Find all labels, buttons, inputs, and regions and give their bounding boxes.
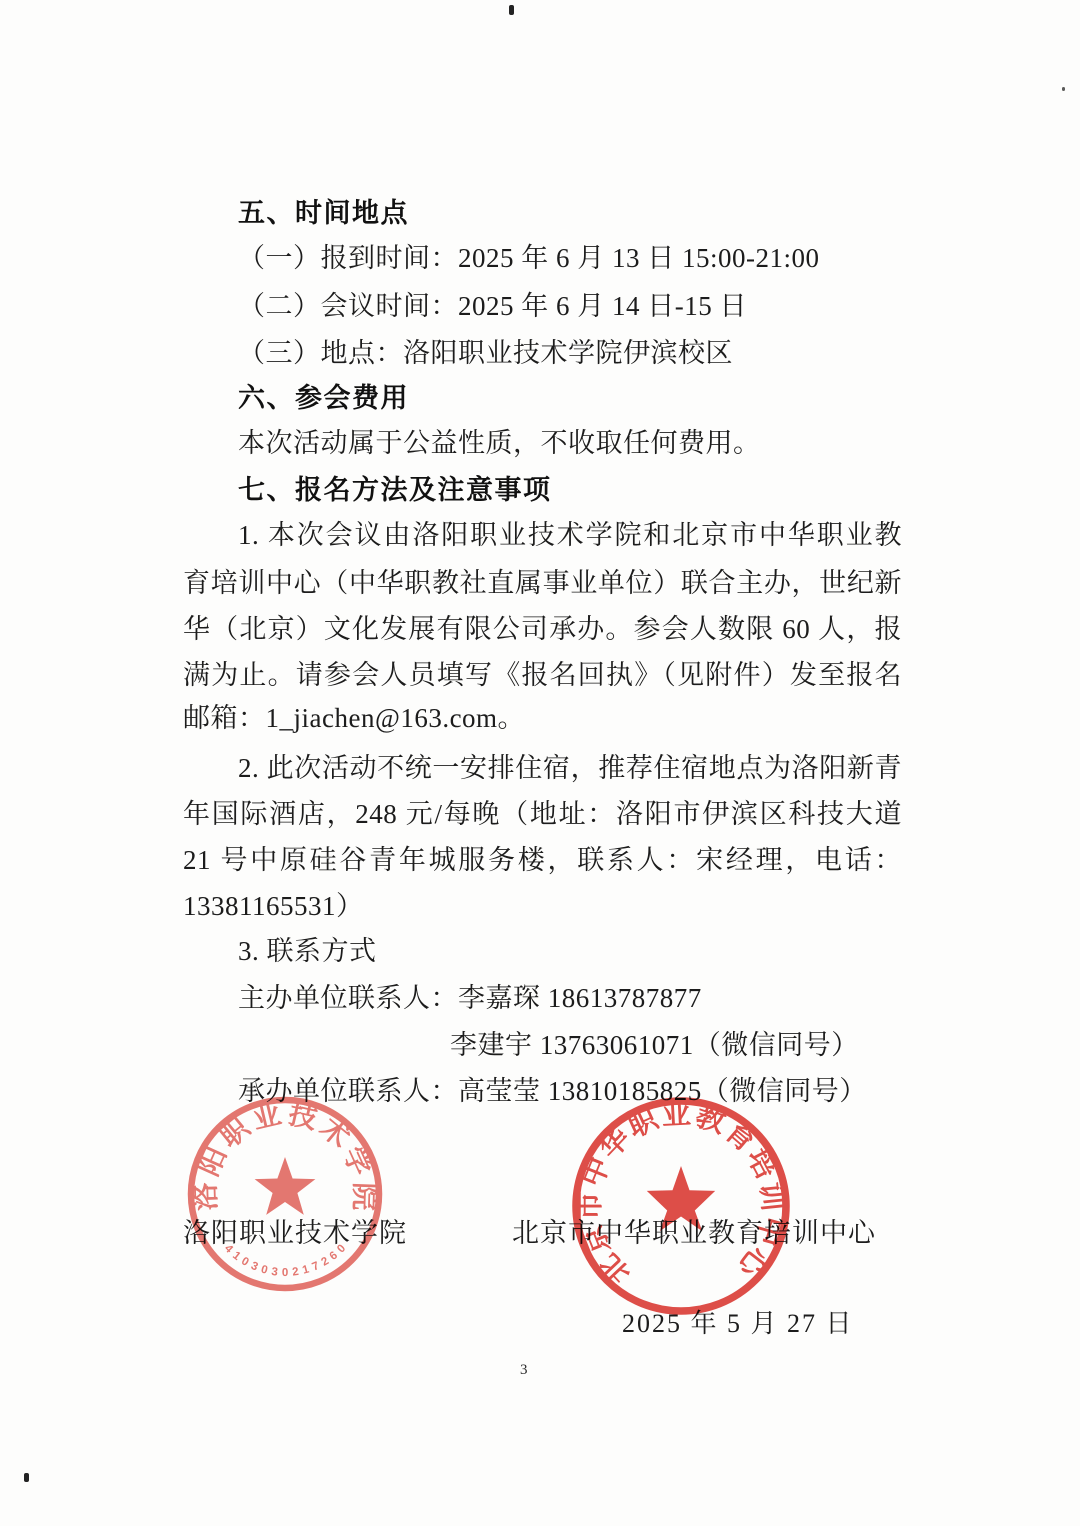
para-2-line-1: 2. 此次活动不统一安排住宿，推荐住宿地点为洛阳新青: [183, 751, 902, 785]
section-6-heading: 六、参会费用: [183, 381, 902, 415]
para-2-phone-line: 13381165531）: [183, 889, 902, 923]
para-2-line-2: 年国际酒店，248 元/每晚（地址：洛阳市伊滨区科技大道: [183, 797, 902, 831]
para-3-heading: 3. 联系方式: [183, 934, 902, 968]
organizer-contact-line: 承办单位联系人：高莹莹 13810185825（微信同号）: [183, 1074, 902, 1108]
fee-statement: 本次活动属于公益性质，不收取任何费用。: [183, 426, 902, 460]
star-icon: [255, 1157, 316, 1215]
page-number: 3: [520, 1362, 528, 1379]
item-report-time: （一）报到时间：2025 年 6 月 13 日 15:00-21:00: [183, 241, 902, 275]
scan-artifact: [24, 1473, 29, 1482]
signature-left-org: 洛阳职业技术学院: [183, 1211, 407, 1250]
para-1-line-2: 育培训中心（中华职教社直属事业单位）联合主办，世纪新: [183, 566, 902, 600]
signature-date: 2025 年 5 月 27 日: [622, 1303, 854, 1340]
scan-artifact: [1062, 87, 1065, 91]
para-2-line-3: 21 号中原硅谷青年城服务楼，联系人：宋经理，电话：: [183, 843, 902, 877]
luoyang-college-seal: 洛阳职业技术学院 4103030217260: [185, 1094, 385, 1294]
para-1-email-line: 邮箱：1_jiachen@163.com。: [183, 701, 902, 735]
section-5-heading: 五、时间地点: [183, 196, 902, 230]
seal-ring: [191, 1100, 379, 1288]
host-contact-line: 主办单位联系人：李嘉琛 18613787877: [183, 981, 902, 1015]
signature-right-org: 北京市中华职业教育培训中心: [512, 1211, 876, 1250]
seal-arc-text: 北京市中华职业教育培训中心: [573, 1097, 790, 1290]
host-contact-line-2: 李建宇 13763061071（微信同号）: [183, 1028, 1080, 1062]
beijing-center-seal: 北京市中华职业教育培训中心: [569, 1094, 793, 1318]
para-1-line-4: 满为止。请参会人员填写《报名回执》（见附件）发至报名: [183, 658, 902, 692]
section-7-heading: 七、报名方法及注意事项: [183, 473, 902, 507]
document-page: 五、时间地点 （一）报到时间：2025 年 6 月 13 日 15:00-21:…: [0, 0, 1080, 1526]
item-location: （三）地点：洛阳职业技术学院伊滨校区: [183, 336, 902, 370]
para-1-line-1: 1. 本次会议由洛阳职业技术学院和北京市中华职业教: [183, 518, 902, 552]
para-1-line-3: 华（北京）文化发展有限公司承办。参会人数限 60 人，报: [183, 612, 902, 646]
scan-artifact: [509, 5, 514, 15]
seal-ring: [576, 1101, 786, 1311]
seal-arc-text: 洛阳职业技术学院: [190, 1098, 381, 1211]
item-meeting-time: （二）会议时间：2025 年 6 月 14 日-15 日: [183, 289, 902, 323]
